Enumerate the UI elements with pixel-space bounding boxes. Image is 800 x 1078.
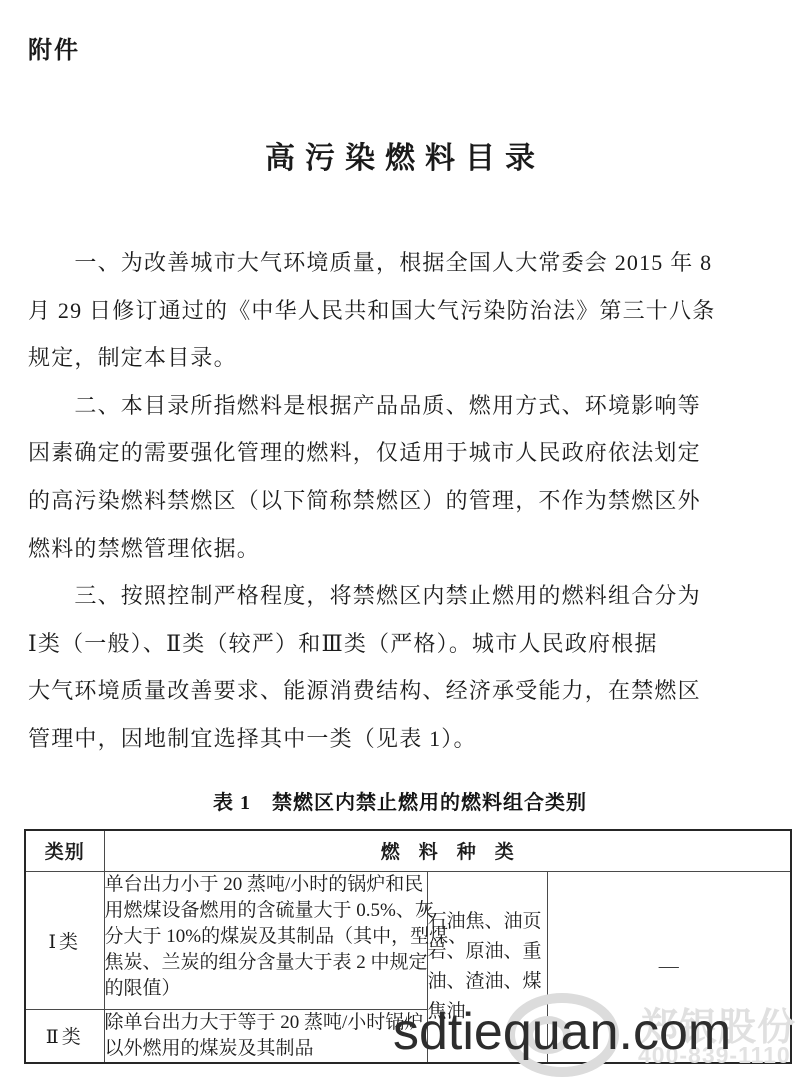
page-title: 高污染燃料目录 [0, 133, 800, 177]
header-category: 类别 [25, 830, 104, 871]
row1-coal-description: 单台出力小于 20 蒸吨/小时的锅炉和民 用燃煤设备燃用的含硫量大于 0.5%、… [104, 871, 427, 1009]
table-caption: 表 1 禁燃区内禁止燃用的燃料组合类别 [0, 786, 800, 815]
paragraph-3: 三、按照控制严格程度，将禁燃区内禁止燃用的燃料组合分为 Ⅰ类（一般）、Ⅱ类（较严… [28, 572, 788, 762]
other-fuels-cell: — [547, 871, 791, 1063]
row1-category: Ⅰ类 [25, 871, 104, 1009]
table-row: Ⅰ类 单台出力小于 20 蒸吨/小时的锅炉和民 用燃煤设备燃用的含硫量大于 0.… [25, 871, 791, 1009]
header-fuel-types: 燃料种类 [104, 830, 791, 871]
row2-coal-description: 除单台出力大于等于 20 蒸吨/小时锅炉 以外燃用的煤炭及其制品 [104, 1009, 427, 1063]
row2-category: Ⅱ类 [25, 1009, 104, 1063]
petroleum-fuels-cell: 石油焦、油页 岩、原油、重 油、渣油、煤 焦油 [427, 871, 547, 1063]
fuel-category-table: 类别 燃料种类 Ⅰ类 单台出力小于 20 蒸吨/小时的锅炉和民 用燃煤设备燃用的… [24, 829, 792, 1064]
paragraph-2: 二、本目录所指燃料是根据产品品质、燃用方式、环境影响等 因素确定的需要强化管理的… [28, 382, 788, 572]
attachment-label: 附件 [28, 30, 80, 65]
body-text: 一、为改善城市大气环境质量，根据全国人大常委会 2015 年 8 月 29 日修… [28, 239, 788, 763]
document-page: 附件 高污染燃料目录 一、为改善城市大气环境质量，根据全国人大常委会 2015 … [0, 0, 800, 1078]
table-header-row: 类别 燃料种类 [25, 830, 791, 871]
paragraph-1: 一、为改善城市大气环境质量，根据全国人大常委会 2015 年 8 月 29 日修… [28, 239, 788, 382]
